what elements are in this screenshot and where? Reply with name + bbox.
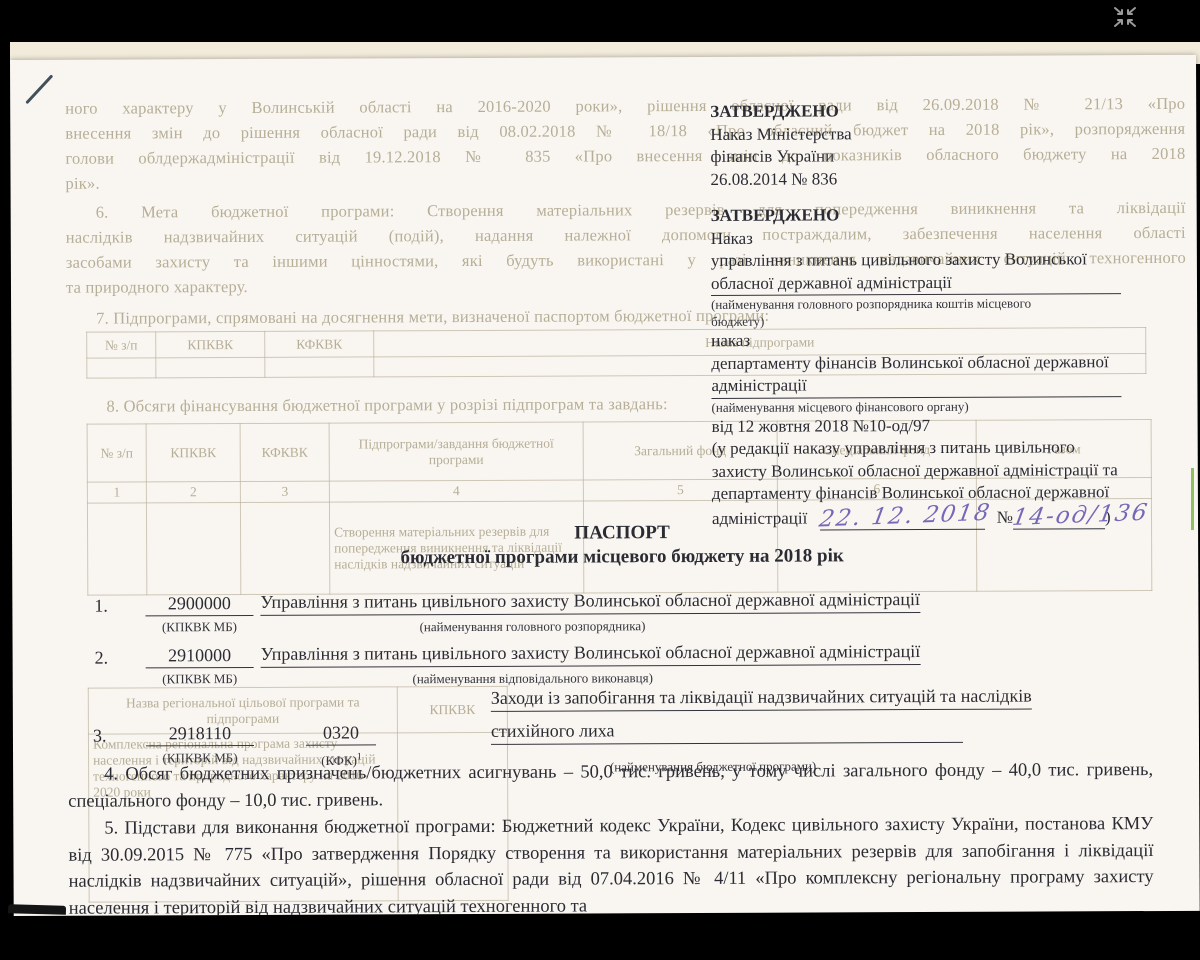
order-label: наказ <box>711 328 1121 352</box>
org-line-underlined: обласної державної адміністрації <box>711 271 1121 296</box>
order-date-line: від 12 жовтня 2018 №10-од/97 <box>712 414 1122 438</box>
item1-name: Управління з питань цивільного захисту В… <box>260 589 920 616</box>
order-label: Наказ <box>711 226 1121 250</box>
caption: (найменування головного розпорядника кош… <box>711 294 1121 313</box>
item3-name-line1: Заходи із запобігання та ліквідації надз… <box>491 686 1032 712</box>
org-line-underlined: адміністрації <box>711 373 1121 398</box>
bleed-line: рік». <box>65 171 99 196</box>
edition-line: (у редакції наказу управління з питань ц… <box>712 436 1122 460</box>
binder-clip-shadow <box>8 904 66 915</box>
item3-kfk-code: 0320 <box>306 722 376 745</box>
scanned-page: ного характеру у Волинській області на 2… <box>10 55 1200 916</box>
item2-name: Управління з питань цивільного захисту В… <box>261 641 921 668</box>
paragraph-5-legal-grounds: 5. Підстави для виконання бюджетної прог… <box>68 811 1153 916</box>
bleed-line: 8. Обсяги фінансування бюджетної програм… <box>106 391 667 418</box>
item1-code: 2900000 <box>145 593 253 616</box>
item1-name-label: (найменування головного розпорядника) <box>342 617 722 636</box>
item3-number: 3. <box>93 726 107 747</box>
item2-code: 2910000 <box>146 645 254 668</box>
edition-line: захисту Волинської обласної державної ад… <box>712 459 1122 483</box>
scanner-scratch-artifact <box>1191 468 1194 530</box>
approved-line: 26.08.2014 № 836 <box>710 167 1120 191</box>
item1-number: 1. <box>94 596 108 617</box>
item3-code: 2918110 <box>146 723 254 746</box>
bleed-line: 7. Підпрограми, спрямовані на досягнення… <box>96 303 769 331</box>
org-line: управління з питань цивільного захисту В… <box>711 248 1121 272</box>
item2-code-label: (КПКВК МБ) <box>131 670 269 688</box>
approved-block-local: ЗАТВЕРДЖЕНО Наказ управління з питань ци… <box>711 203 1122 533</box>
paragraph-4-budget-volume: 4. Обсяг бюджетних призначень/бюджетних … <box>68 757 1153 815</box>
item2-name-label: (найменування відповідального виконавця) <box>343 669 723 688</box>
scanned-document-view: { "colors":{"background":"#000000","pape… <box>0 0 1200 960</box>
item1-code-label: (КПКВК МБ) <box>130 618 268 636</box>
caption: (найменування місцевого фінансового орга… <box>711 397 1121 416</box>
org-line: департаменту фінансів Волинської обласно… <box>711 351 1121 375</box>
compress-fullscreen-icon[interactable] <box>1112 6 1138 28</box>
approved-line: фінансів України <box>710 144 1120 168</box>
bleed-line: та природного характеру. <box>66 274 248 300</box>
approved-line: Наказ Міністерства <box>710 122 1120 146</box>
item2-number: 2. <box>95 648 109 669</box>
approved-block-ministry: ЗАТВЕРДЖЕНО Наказ Міністерства фінансів … <box>710 99 1120 191</box>
approved-title: ЗАТВЕРДЖЕНО <box>711 203 1121 227</box>
approved-title: ЗАТВЕРДЖЕНО <box>710 99 1120 123</box>
item3-name-line2: стихійного лиха <box>491 719 963 745</box>
caption: бюджету) <box>711 311 1121 330</box>
